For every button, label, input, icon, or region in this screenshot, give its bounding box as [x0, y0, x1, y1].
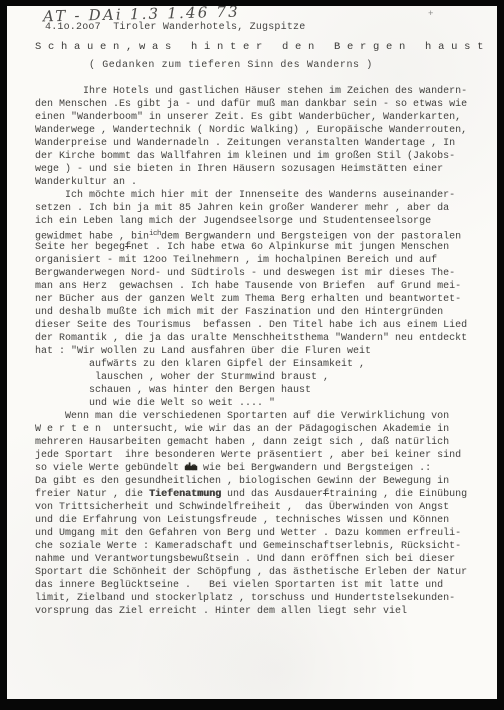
text-line: hat : "Wir wollen zu Land ausfahren über…	[35, 345, 495, 358]
text-line: den Menschen .Es gibt ja - und dafür muß…	[35, 98, 495, 111]
text-line: wege ) - und sie bieten in Ihren Häusern…	[35, 163, 495, 176]
strike-segment: da	[185, 463, 197, 474]
text-line: dieser Seite des Tourismus befassen . De…	[35, 319, 495, 332]
text-line: und deshalb mußte ich mich mit der Faszi…	[35, 306, 495, 319]
text-line: che soziale Werte : Kameradschaft und Ge…	[35, 540, 495, 553]
text-line: vorsprung das Ziel erreicht . Hinter dem…	[35, 605, 495, 618]
text-line: Bergwanderwegen Nord- und Südtirols - un…	[35, 267, 495, 280]
text-line: und die Erfahrung von Leistungsfreude , …	[35, 514, 495, 527]
text-line: man ans Herz gewachsen . Ich habe Tausen…	[35, 280, 495, 293]
text-line: limit, Zielband und stockerlplatz , tors…	[35, 592, 495, 605]
dateline: 4.1o.2oo7 Tiroler Wanderhotels, Zugspitz…	[45, 22, 305, 33]
typewritten-body: Ihre Hotels und gastlichen Häuser stehen…	[35, 85, 495, 618]
text-line: Sportart die Schönheit der Schöpfung , d…	[35, 566, 495, 579]
text-line: organisiert - mit 12oo Teilnehmern , im …	[35, 254, 495, 267]
text-line: Wanderkultur an .	[35, 176, 495, 189]
corner-plus-mark: +	[428, 9, 433, 19]
text-segment: und das Ausdauer	[221, 489, 323, 500]
text-segment: freier Natur , die	[35, 489, 149, 500]
text-line: mehreren Hausarbeiten gemacht haben , da…	[35, 436, 495, 449]
scan-frame: AT - DAi 1.3 1.46 73 + 4.1o.2oo7 Tiroler…	[0, 0, 504, 710]
sup-segment: ich	[149, 230, 161, 238]
text-line: so viele Werte gebündelt da wie bei Berg…	[35, 462, 495, 475]
text-segment: Seite her begeg	[35, 242, 125, 253]
text-line: von Trittsicherheit und Schwindelfreihei…	[35, 501, 495, 514]
text-line: Wanderwege , Wandertechnik ( Nordic Walk…	[35, 124, 495, 137]
document-subtitle: ( Gedanken zum tieferen Sinn des Wandern…	[89, 60, 373, 71]
text-line: schauen , was hinter den Bergen haust	[35, 384, 495, 397]
text-line: das innere Beglücktseine . Bei vielen Sp…	[35, 579, 495, 592]
text-line: der Romantik , die ja das uralte Menschh…	[35, 332, 495, 345]
text-line: lauschen , woher der Sturmwind braust ,	[35, 371, 495, 384]
text-line: Wanderpreise und Wandernadeln . Zeitunge…	[35, 137, 495, 150]
text-line: einen "Wanderboom" in unserer Zeit. Es g…	[35, 111, 495, 124]
text-segment: net . Ich habe etwa 6o Alpinkurse mit ju…	[131, 242, 449, 253]
document-page: AT - DAi 1.3 1.46 73 + 4.1o.2oo7 Tiroler…	[7, 6, 497, 699]
text-line: Seite her begegfnet . Ich habe etwa 6o A…	[35, 241, 495, 254]
text-line: ich ein Leben lang mich der Jugendseelso…	[35, 215, 495, 228]
text-line: Da gibt es den gesundheitlichen , biolog…	[35, 475, 495, 488]
text-line: ner Bücher aus der ganzen Welt zum Thema…	[35, 293, 495, 306]
document-title: S c h a u e n , w a s h i n t e r d e n …	[35, 41, 484, 53]
text-line: freier Natur , die Tiefenatmung und das …	[35, 488, 495, 501]
text-segment: so viele Werte gebündelt	[35, 463, 185, 474]
text-line: und wie die Welt so weit .... "	[35, 397, 495, 410]
text-line: der Kirche bommt das Wallfahren im klein…	[35, 150, 495, 163]
text-line: und Umgang mit den Gefahren von Berg und…	[35, 527, 495, 540]
text-line: Wenn man die verschiedenen Sportarten au…	[35, 410, 495, 423]
text-line: Ich möchte mich hier mit der Innenseite …	[35, 189, 495, 202]
text-segment: training , die Einübung	[329, 489, 467, 500]
text-segment: wie bei Bergwandern und Bergsteigen .:	[197, 463, 431, 474]
text-line: jede Sportart ihre besonderen Werte präs…	[35, 449, 495, 462]
bold-segment: Tiefenatmung	[149, 489, 221, 500]
text-line: gewidmet habe , binichdem Bergwandern un…	[35, 228, 495, 241]
text-line: aufwärts zu den klaren Gipfel der Einsam…	[35, 358, 495, 371]
text-line: Ihre Hotels und gastlichen Häuser stehen…	[35, 85, 495, 98]
text-line: nahme und Verantwortungsbewußtsein . Und…	[35, 553, 495, 566]
text-line: setzen . Ich bin ja mit 85 Jahren kein g…	[35, 202, 495, 215]
text-line: W e r t e n untersucht, wie wir das an d…	[35, 423, 495, 436]
